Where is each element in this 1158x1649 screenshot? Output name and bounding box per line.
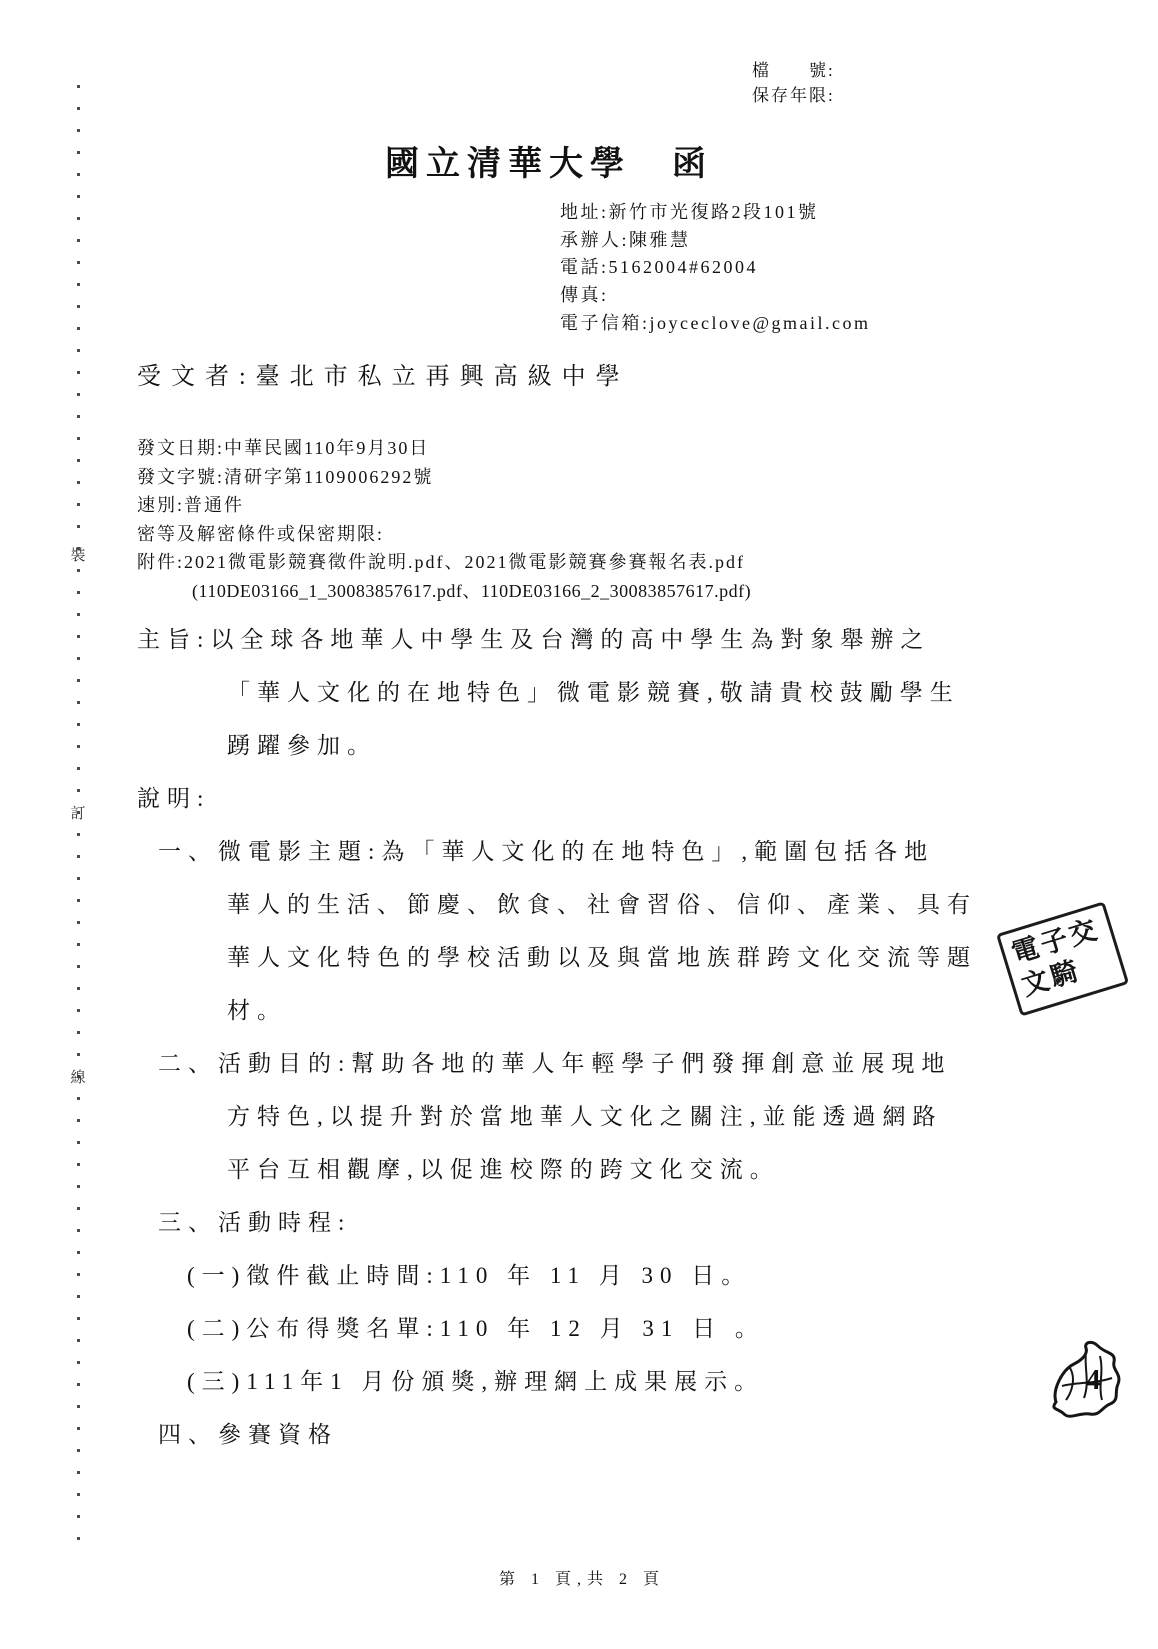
security-classification: 密等及解密條件或保密期限: (137, 520, 751, 549)
official-letter-page: { "doc": { "archive_label": "檔 號:", "ret… (0, 0, 1158, 1649)
document-title: 國立清華大學 函 (0, 136, 1098, 185)
explanation-item-4-heading: 四、參賽資格 (137, 1406, 997, 1459)
explanation-item-2-line: 方特色,以提升對於當地華人文化之關注,並能透過網路 (137, 1088, 997, 1141)
explanation-item-2-line: 平台互相觀摩,以促進校際的跨文化交流。 (137, 1141, 997, 1194)
explanation-heading: 說明: (137, 770, 997, 823)
schedule-sub-item: (三)111年1 月份頒獎,辦理網上成果展示。 (137, 1353, 997, 1406)
attachments-line-2: (110DE03166_1_30083857617.pdf、110DE03166… (137, 577, 751, 606)
binding-mark-xian: 線 (68, 1066, 88, 1087)
explanation-item-1-line: 材。 (137, 982, 997, 1035)
binding-mark-zhuang: 裝 (68, 544, 88, 565)
scribble-icon (1026, 1330, 1136, 1440)
document-number: 發文字號:清研字第1109006292號 (137, 463, 751, 492)
issue-date: 發文日期:中華民國110年9月30日 (137, 434, 751, 463)
explanation-item-1-line: 華人的生活、節慶、飲食、社會習俗、信仰、產業、具有 (137, 876, 997, 929)
electronic-exchange-stamp: 電子交 文騎 (996, 901, 1129, 1016)
archive-number-label: 檔 號: (752, 58, 835, 83)
explanation-item-2-line: 二、活動目的:幫助各地的華人年輕學子們發揮創意並展現地 (137, 1035, 997, 1088)
sender-info-block: 地址:新竹市光復路2段101號 承辦人:陳雅慧 電話:5162004#62004… (560, 199, 871, 338)
schedule-sub-item: (二)公布得獎名單:110 年 12 月 31 日 。 (137, 1300, 997, 1353)
attachments-line-1: 附件:2021微電影競賽徵件說明.pdf、2021微電影競賽參賽報名表.pdf (137, 548, 751, 577)
recipient-line: 受文者:臺北市私立再興高級中學 (137, 356, 630, 391)
priority-level: 速別:普通件 (137, 491, 751, 520)
document-meta-block: 發文日期:中華民國110年9月30日 發文字號:清研字第1109006292號 … (137, 434, 751, 606)
binding-mark-ding: 訂 (68, 802, 88, 823)
subject-line: 踴躍參加。 (137, 717, 997, 770)
sender-phone: 電話:5162004#62004 (560, 254, 871, 282)
schedule-sub-item: (一)徵件截止時間:110 年 11 月 30 日。 (137, 1247, 997, 1300)
sender-email: 電子信箱:joyceclove@gmail.com (560, 310, 871, 338)
explanation-item-3-heading: 三、活動時程: (137, 1194, 997, 1247)
page-mark-number: 4 (1086, 1364, 1101, 1397)
retention-period-label: 保存年限: (752, 83, 835, 108)
page-footer: 第 1 頁,共 2 頁 (392, 1566, 772, 1589)
subject-line: 「華人文化的在地特色」微電影競賽,敬請貴校鼓勵學生 (137, 664, 997, 717)
sender-fax: 傳真: (560, 282, 871, 310)
handwritten-scribble-mark (1026, 1330, 1136, 1440)
archive-label-block: 檔 號: 保存年限: (752, 58, 835, 108)
letter-body: 主旨:以全球各地華人中學生及台灣的高中學生為對象舉辦之 「華人文化的在地特色」微… (137, 611, 997, 1459)
sender-contact-person: 承辦人:陳雅慧 (560, 227, 871, 255)
subject-line: 主旨:以全球各地華人中學生及台灣的高中學生為對象舉辦之 (137, 611, 997, 664)
explanation-item-1-line: 一、微電影主題:為「華人文化的在地特色」,範圍包括各地 (137, 823, 997, 876)
sender-address: 地址:新竹市光復路2段101號 (560, 199, 871, 227)
explanation-item-1-line: 華人文化特色的學校活動以及與當地族群跨文化交流等題 (137, 929, 997, 982)
